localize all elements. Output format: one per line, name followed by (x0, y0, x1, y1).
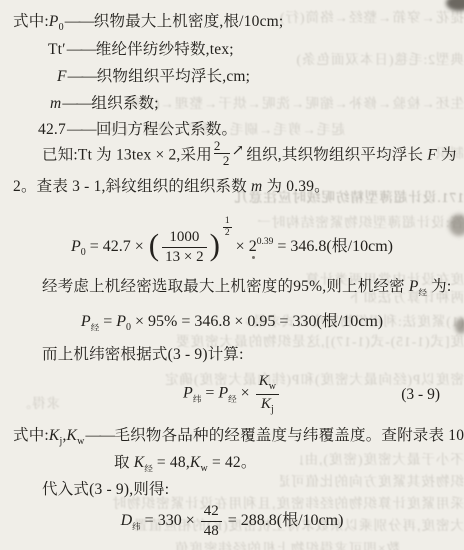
formula-text: = (201, 385, 218, 402)
variable-symbol: F (57, 68, 67, 85)
variable-symbol: m (50, 95, 61, 112)
variable-subscript: 0 (59, 22, 64, 33)
paragraph-text: 代入式(3 - 9),则得: (42, 481, 169, 498)
exponent-numerator: 1 (223, 216, 232, 228)
scanned-textbook-page: 提花←穿筘←整经←络筒(行) 典型2:毛毯(日本双面色条) 生坯←检验←修补←缩… (0, 0, 464, 550)
definition-row: Tt′——维纶伴纺纱特数,tex; (48, 40, 234, 59)
paragraph-known: 已知:Tt 为 13tex × 2,采用22↗组织,其织物组织平均浮长 F 为 (42, 142, 457, 170)
paren-close: ) (210, 227, 220, 263)
twill-direction-arrow: ↗ (232, 143, 245, 159)
coefficient-value: 42.7 (38, 121, 66, 138)
variable-symbol: K (134, 454, 145, 471)
paragraph-text: 式中: (13, 427, 49, 444)
variable-subscript: 经 (144, 464, 153, 474)
definition-desc: 回归方程公式系数。 (96, 121, 237, 138)
variable-symbol: P (49, 13, 59, 30)
definition-row: m——组织系数; (50, 94, 159, 113)
variable-symbol: K (190, 454, 201, 471)
fraction: KwKj (256, 372, 279, 416)
paragraph-text: 为 (437, 147, 457, 164)
formula-warp-density: P经 = P0 × 95% = 346.8 × 0.95 = 330(根/10c… (0, 308, 464, 334)
variable-symbol: P (409, 278, 419, 295)
paragraph-k-definition: 式中:Kj,Kw——毛织物各品种的经覆盖度与纬覆盖度。查附录表 10, (13, 426, 464, 449)
formula-max-density: P0 = 42.7 × (100013 × 2)12 × 20.39 = 346… (0, 216, 464, 267)
formula-text: = (99, 313, 116, 330)
formula-result: = 346.8(根/10cm) (273, 238, 393, 255)
paragraph-text: 已知: (42, 147, 78, 164)
formula-text: × (237, 385, 254, 402)
definition-dash: —— (86, 427, 114, 444)
definition-dash: —— (68, 68, 96, 85)
paragraph-weft: 而上机纬密根据式(3 - 9)计算: (42, 345, 244, 364)
fraction-denominator: 13 × 2 (162, 248, 206, 267)
variable-subscript: w (200, 463, 207, 474)
definition-row: 42.7——回归方程公式系数。 (38, 120, 237, 139)
bleedthrough-text: 典型2:毛毯(日本双面色条) (226, 48, 464, 68)
variable-symbol: Tt (78, 147, 92, 164)
definition-dash: —— (67, 41, 95, 58)
fraction-numerator: Kw (256, 372, 279, 395)
variable-symbol: K (67, 427, 78, 444)
twill-weave-notation: 22 (214, 139, 230, 167)
paragraph-text: 为: (427, 278, 451, 295)
bleedthrough-text: 不小于最大密度(密度),由此即得相应系数再以 (300, 448, 464, 468)
formula-text: = 42.7 × (86, 238, 148, 255)
paragraph-text: = 42。 (208, 454, 257, 471)
paren-open: ( (149, 227, 159, 263)
variable-symbol: P (116, 313, 126, 330)
variable-subscript: 经 (419, 288, 428, 298)
variable-symbol: F (427, 147, 437, 164)
paragraph-text: 为 0.39。 (262, 178, 329, 195)
fraction-numerator: 42 (201, 502, 222, 522)
variable-symbol: K (49, 427, 60, 444)
definition-row: F——织物组织平均浮长,cm; (57, 67, 250, 86)
variable-symbol: P (183, 385, 193, 402)
paragraph-substitute: 代入式(3 - 9),则得: (42, 480, 169, 499)
paragraph-text: 毛织物各品种的经覆盖度与纬覆盖度。查附录表 10, (115, 427, 464, 444)
paragraph-text: 而上机纬密根据式(3 - 9)计算: (42, 346, 244, 363)
paragraph-text: = 48, (153, 454, 190, 471)
fraction: 100013 × 2 (162, 228, 206, 267)
exponent-denominator: 2 (223, 228, 232, 239)
formula-result: × 95% = 346.8 × 0.95 = 330(根/10cm) (131, 313, 383, 330)
paragraph-text: 取 (114, 454, 134, 471)
variable-subscript: w (77, 436, 84, 447)
fraction: 4248 (201, 502, 222, 541)
formula-text: × 2 (232, 238, 257, 255)
variable-symbol: Tt′ (48, 41, 66, 58)
variable-symbol: D (121, 512, 133, 529)
variable-symbol: P (218, 385, 228, 402)
paragraph-known-line2: 2。查表 3 - 1,斜纹组织的组织系数 m 为 0.39。 (13, 177, 330, 196)
bleedthrough-text: 织物按其紧度方向的比值可适当其最大值 (280, 470, 464, 490)
twill-numerator: 2 (214, 139, 230, 153)
definition-dash: —— (62, 95, 90, 112)
paragraph-text: 组织,其织物组织平均浮长 (246, 147, 427, 164)
paragraph-k-values: 取 K经 = 48,Kw = 42。 (114, 453, 257, 476)
definition-desc: 维纶伴纺纱特数,tex; (96, 41, 234, 58)
formula-result-density: D纬 = 330 × 4248 = 288.8(根/10cm) (0, 502, 464, 541)
exponent-half: 12 (223, 216, 232, 239)
fraction-numerator: 1000 (162, 228, 206, 248)
definition-dash: —— (65, 13, 93, 30)
paragraph-text: 为 13tex × 2,采用 (92, 147, 212, 164)
fraction-denominator: 48 (201, 522, 222, 541)
variable-symbol: P (81, 313, 91, 330)
paragraph-text: 2。查表 3 - 1,斜纹组织的组织系数 (13, 178, 251, 195)
twill-denominator: 2 (214, 153, 230, 168)
exponent: 0.39 (257, 237, 274, 247)
definition-desc: 织物最大上机密度,根/10cm; (94, 13, 284, 30)
paragraph-text: 经考虑上机经密选取最大上机密度的95%,则上机经密 (42, 278, 409, 295)
formula-text: = 330 × (141, 512, 199, 529)
formula-result: = 288.8(根/10cm) (224, 512, 344, 529)
variable-symbol: m (251, 178, 262, 195)
definition-row: 式中:P0——织物最大上机密度,根/10cm; (13, 12, 283, 35)
paragraph-consider: 经考虑上机经密选取最大上机密度的95%,则上机经密 P经 为: (42, 277, 451, 298)
equation-number: (3 - 9) (401, 386, 440, 404)
definition-dash: —— (67, 121, 95, 138)
variable-symbol: P (71, 238, 81, 255)
definition-intro: 式中: (13, 13, 49, 30)
definition-desc: 组织系数; (91, 95, 158, 112)
variable-subscript: 纬 (132, 521, 141, 531)
variable-subscript: 经 (228, 394, 237, 404)
formula-weft-density: P纬 = P经 × KwKj (0, 372, 464, 416)
definition-desc: 织物组织平均浮长,cm; (97, 68, 251, 85)
fraction-denominator: Kj (256, 395, 279, 417)
variable-subscript: 经 (91, 323, 100, 333)
